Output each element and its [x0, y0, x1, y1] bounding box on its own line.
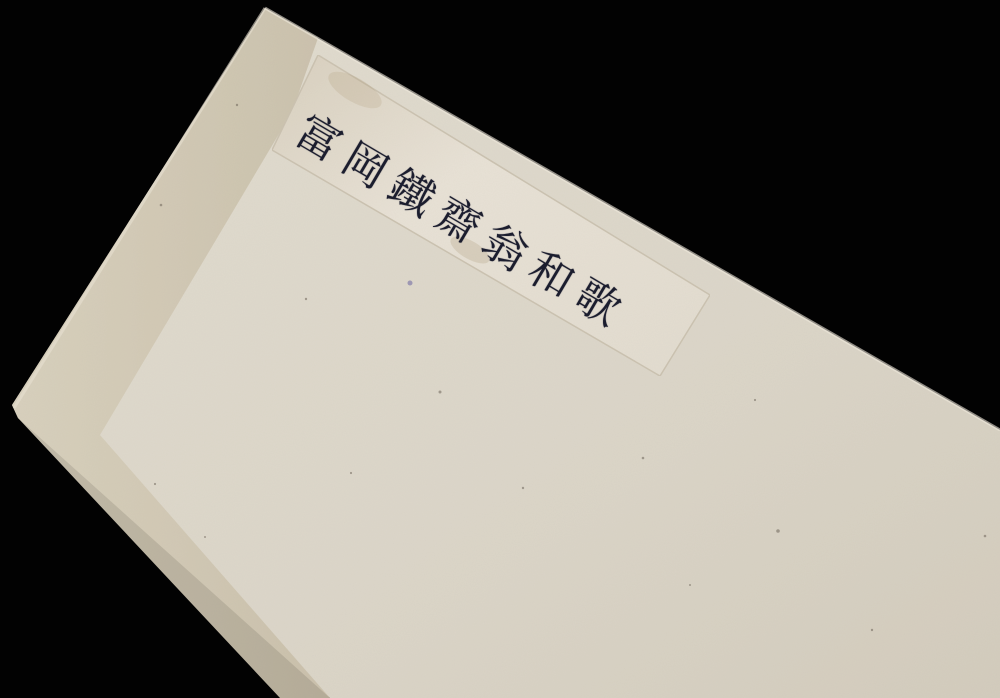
book-cover: [12, 8, 1000, 698]
book-cover-illustration: [0, 0, 1000, 698]
photo-scene: 富岡鐵齋翁和歌: [0, 0, 1000, 698]
